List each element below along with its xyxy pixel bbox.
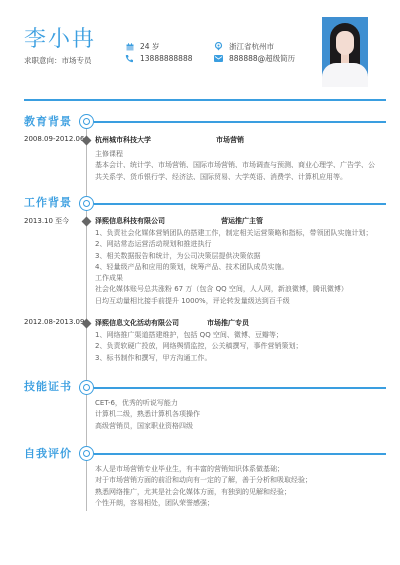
- profile-photo: [322, 17, 368, 87]
- education-details: 主修课程 基本会计、统计学、市场营销、国际市场营销、市场调查与预测、商业心理学、…: [95, 149, 375, 183]
- education-date: 2008.09-2012.06: [24, 135, 84, 143]
- timeline-diamond-icon: [82, 217, 92, 227]
- age-text: 24 岁: [140, 41, 159, 52]
- email-text: 888888@超级简历: [229, 53, 295, 64]
- education-major: 市场营销: [216, 135, 244, 145]
- work-date: 2012.08-2013.09: [24, 318, 84, 326]
- section-divider: [94, 121, 386, 123]
- age-info: 24 岁: [125, 41, 159, 52]
- section-title-education: 教育背景: [24, 113, 72, 129]
- work-details: 1、网络推广渠道搭建维护，包括 QQ 空间、微博、豆瓣等； 2、负责软硬广投放，…: [95, 330, 375, 364]
- location-info: 浙江省杭州市: [214, 41, 274, 52]
- phone-icon: [125, 54, 134, 63]
- work-company: 泽熙信息科技有限公司: [95, 216, 165, 226]
- section-title-skills: 技能证书: [24, 378, 72, 394]
- candidate-name: 李小冉: [24, 22, 96, 53]
- phone-text: 13888888888: [140, 54, 193, 63]
- section-ring-icon: [79, 380, 94, 395]
- work-company: 泽熙信息文化活动有限公司: [95, 318, 179, 328]
- skills-list: CET-6，优秀的听说写能力 计算机二级，熟悉计算机各项操作 高级营销员，国家职…: [95, 398, 375, 432]
- education-school: 杭州城市科技大学: [95, 135, 151, 145]
- work-date: 2013.10 至今: [24, 216, 69, 226]
- section-ring-icon: [79, 446, 94, 461]
- location-pin-icon: [214, 42, 223, 51]
- section-title-work: 工作背景: [24, 194, 72, 210]
- header-divider: [24, 99, 386, 101]
- phone-info: 13888888888: [125, 53, 193, 64]
- email-info: 888888@超级简历: [214, 53, 295, 64]
- timeline-diamond-icon: [82, 136, 92, 146]
- timeline-diamond-icon: [82, 319, 92, 329]
- section-ring-icon: [79, 196, 94, 211]
- work-role: 营运推广主管: [221, 216, 263, 226]
- job-intent: 求职意向：市场专员: [24, 55, 92, 66]
- calendar-icon: [125, 42, 134, 51]
- section-divider: [94, 387, 386, 389]
- section-divider: [94, 203, 386, 205]
- location-text: 浙江省杭州市: [229, 41, 274, 52]
- work-details: 1、负责社会化媒体营销团队的搭建工作，制定相关运营策略和指标，带领团队实施计划；…: [95, 228, 375, 307]
- section-ring-icon: [79, 114, 94, 129]
- mail-icon: [214, 54, 223, 63]
- work-role: 市场推广专员: [207, 318, 249, 328]
- section-title-self-evaluation: 自我评价: [24, 445, 72, 461]
- section-divider: [94, 453, 386, 455]
- self-evaluation-text: 本人是市场营销专业毕业生，有丰富的营销知识体系做基础； 对于市场营销方面的前沿和…: [95, 464, 375, 509]
